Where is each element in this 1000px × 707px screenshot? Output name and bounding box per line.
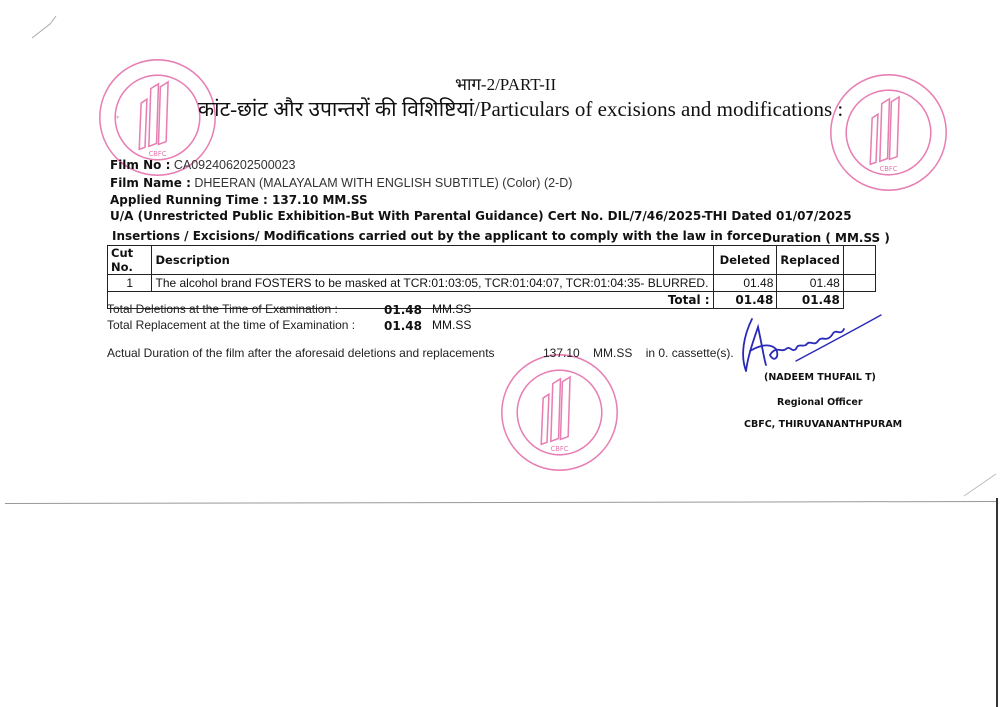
svg-text:CBFC: CBFC [551,445,569,453]
film-no-label: Film No : [110,158,170,172]
total-deletions-label: Total Deletions at the Time of Examinati… [107,302,338,316]
cell-description: The alcohol brand FOSTERS to be masked a… [152,275,713,292]
pen-mark-icon [30,10,70,40]
page-edge [996,498,998,707]
signature-icon [736,305,886,375]
film-no-line: Film No : CA092406202500023 [110,158,296,172]
officer-title: Regional Officer [777,397,863,408]
film-name-line: Film Name : DHEERAN (MALAYALAM WITH ENGL… [110,176,572,190]
officer-name: (NADEEM THUFAIL T) [764,372,876,383]
cell-deleted: 01.48 [713,275,777,292]
cell-cut-no: 1 [108,275,152,292]
svg-text:*: * [116,114,120,122]
total-deletions-value: 01.48 [384,303,422,317]
svg-text:CBFC: CBFC [880,165,898,173]
actual-duration-label: Actual Duration of the film after the af… [107,346,495,360]
total-replacement-label: Total Replacement at the time of Examina… [107,318,355,332]
table-row: 1 The alcohol brand FOSTERS to be masked… [108,275,876,292]
cell-replaced: 01.48 [777,275,843,292]
part-title: भाग-2/PART-II [455,72,556,95]
film-name-value: DHEERAN (MALAYALAM WITH ENGLISH SUBTITLE… [194,176,572,190]
cbfc-stamp-icon: CBFC [826,70,951,195]
total-deletions-unit: MM.SS [432,302,471,316]
film-no-value: CA092406202500023 [174,158,296,172]
pen-mark-icon [960,470,1000,500]
film-name-label: Film Name : [110,176,191,190]
cuts-table: Cut No. Description Deleted Replaced 1 T… [107,245,876,309]
svg-text:CBFC: CBFC [149,150,167,158]
column-header-deleted: Deleted [713,246,777,275]
cbfc-stamp-icon: CBFC [497,350,622,475]
column-header-cut-no: Cut No. [108,246,152,275]
column-header-replaced: Replaced [777,246,843,275]
certificate-line: U/A (Unrestricted Public Exhibition-But … [110,209,852,223]
cell-empty [843,275,875,292]
officer-office: CBFC, THIRUVANANTHPURAM [744,419,902,430]
table-header-row: Cut No. Description Deleted Replaced [108,246,876,275]
total-replacement-value: 01.48 [384,319,422,333]
particulars-title: कांट-छांट और उपान्तरों की विशिष्टियां/Pa… [198,95,843,123]
duration-heading: Duration ( MM.SS ) [762,231,890,245]
actual-duration-value: 137.10 MM.SS in 0. cassette(s). [543,346,734,360]
page-fold-line [5,501,998,504]
applied-running-time: Applied Running Time : 137.10 MM.SS [110,193,368,207]
column-header-empty [843,246,875,275]
total-replacement-unit: MM.SS [432,318,471,332]
column-header-description: Description [152,246,713,275]
insertions-heading: Insertions / Excisions/ Modifications ca… [112,229,762,243]
